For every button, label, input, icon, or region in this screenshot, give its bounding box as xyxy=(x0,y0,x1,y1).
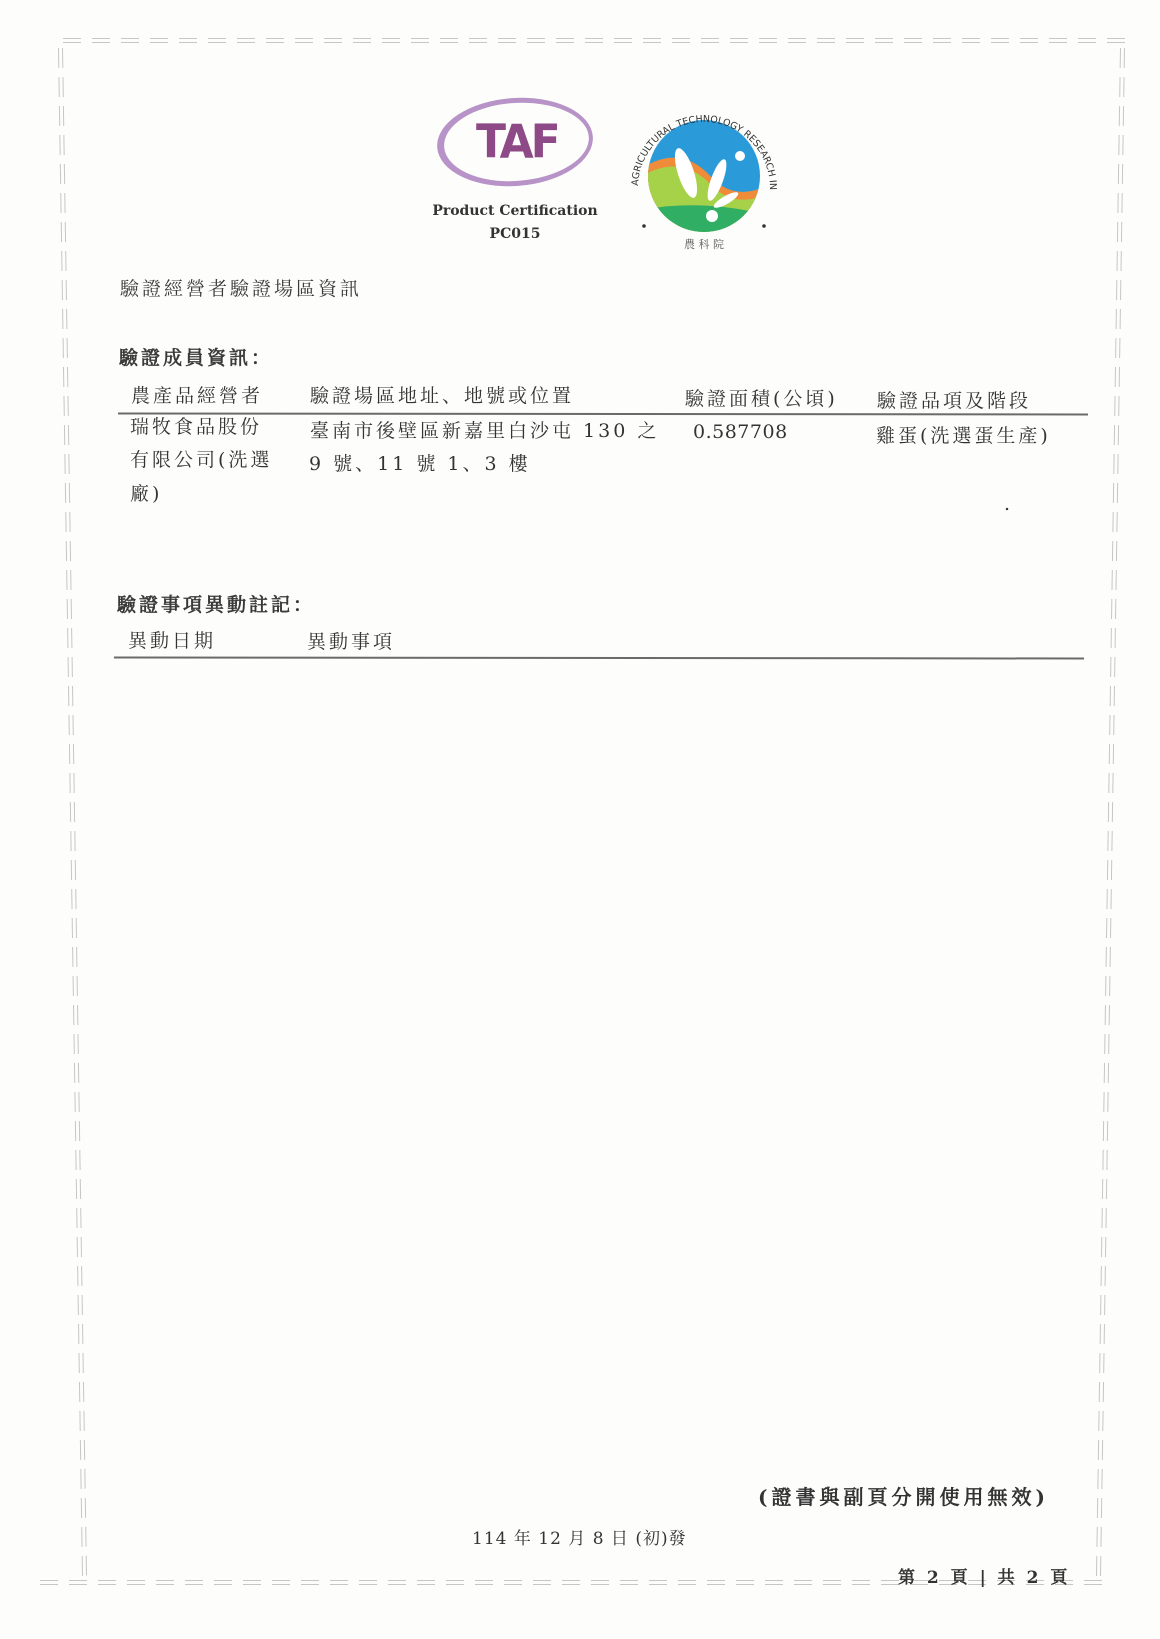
page-heading: 驗證經營者驗證場區資訊 xyxy=(120,274,362,301)
taf-logo: TAF Product Certification PC015 xyxy=(430,98,600,246)
address-line-2: 9 號、11 號 1、3 樓 xyxy=(309,447,531,481)
taf-oval-icon: TAF xyxy=(434,93,596,192)
column-header-change-item: 異動事項 xyxy=(307,627,395,654)
issue-date: 114 年 12 月 8 日 (初)發 xyxy=(472,1524,687,1549)
operator-line-1: 瑞牧食品股份 xyxy=(130,410,262,444)
atri-emblem-icon: AGRICULTURAL TECHNOLOGY RESEARCH INSTITU… xyxy=(622,98,787,253)
operator-line-3: 廠) xyxy=(130,477,162,511)
validity-notice: (證書與副頁分開使用無效) xyxy=(758,1481,1049,1510)
atri-chinese-name: 農 科 院 xyxy=(684,237,724,251)
page-frame-top xyxy=(63,38,1125,43)
column-header-change-date: 異動日期 xyxy=(128,626,216,653)
column-header-area: 驗證面積(公頃) xyxy=(685,384,838,411)
taf-mark: TAF xyxy=(476,115,558,169)
column-header-address: 驗證場區地址、地號或位置 xyxy=(310,381,574,408)
changes-section-title: 驗證事項異動註記： xyxy=(117,590,315,617)
changes-header-rule xyxy=(114,656,1084,659)
page-number: 第 2 頁 | 共 2 頁 xyxy=(898,1563,1070,1588)
area-value: 0.587708 xyxy=(693,415,788,449)
members-section-title: 驗證成員資訊： xyxy=(119,343,273,370)
address-line-1: 臺南市後壁區新嘉里白沙屯 130 之 xyxy=(310,414,659,448)
page-frame-left xyxy=(58,48,87,1583)
operator-line-2: 有限公司(洗選 xyxy=(130,443,272,477)
column-header-item-stage: 驗證品項及階段 xyxy=(877,386,1031,413)
atri-logo: AGRICULTURAL TECHNOLOGY RESEARCH INSTITU… xyxy=(622,98,787,253)
taf-caption: Product Certification xyxy=(430,200,600,223)
column-header-operator: 農產品經營者 xyxy=(131,381,263,408)
page-frame-right xyxy=(1096,48,1125,1583)
item-stage-value: 雞蛋(洗選蛋生產) xyxy=(876,419,1051,453)
taf-code: PC015 xyxy=(430,223,600,246)
stray-mark: . xyxy=(1004,487,1013,521)
